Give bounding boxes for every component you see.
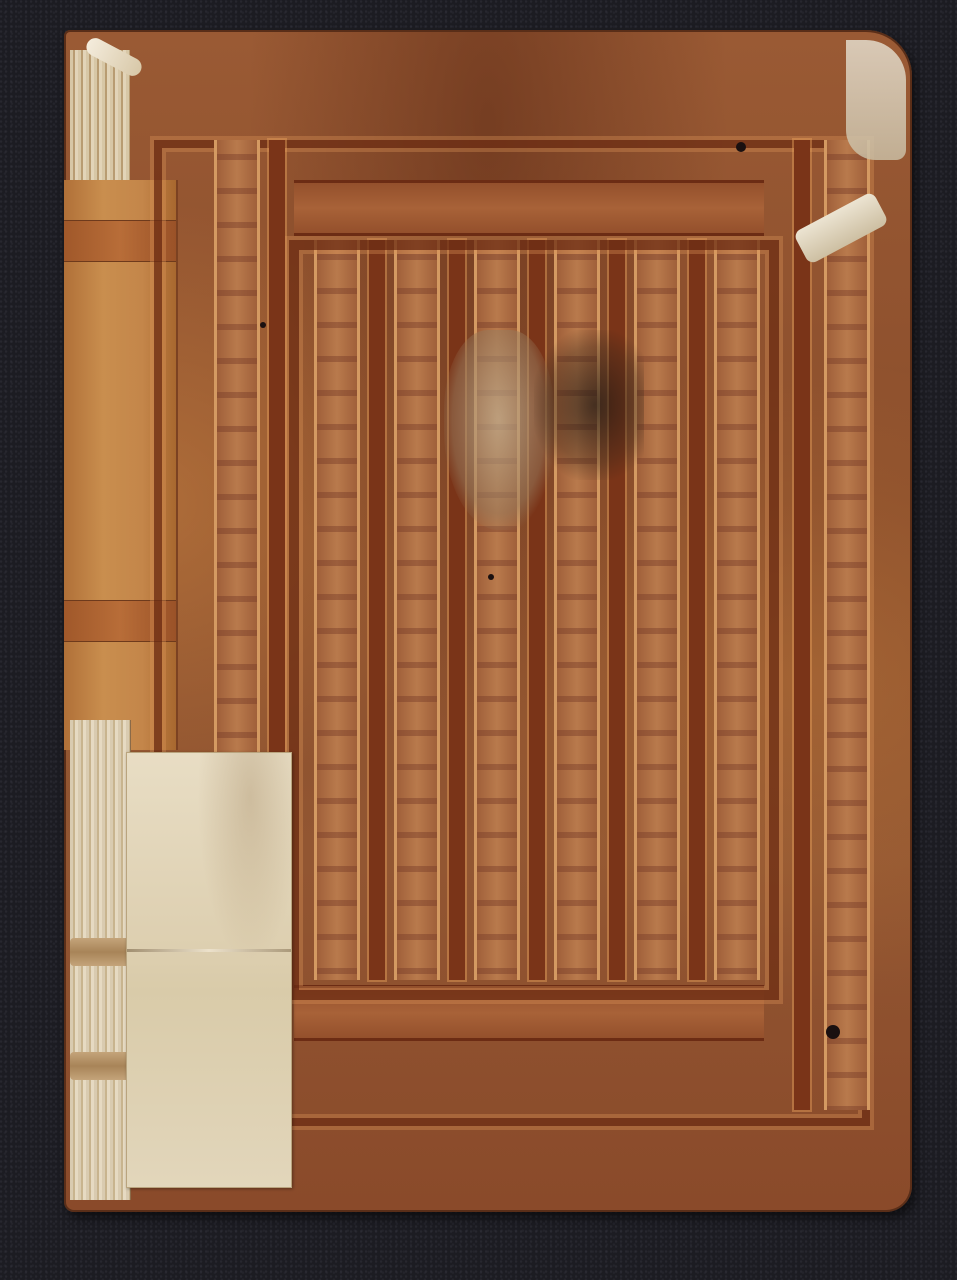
worm-hole xyxy=(826,1025,840,1039)
paper-label xyxy=(126,752,292,1188)
vertical-roll-right xyxy=(824,140,870,1110)
leather-cover xyxy=(64,30,912,1212)
label-crease xyxy=(127,949,291,952)
shelf-mark-stain xyxy=(534,330,644,480)
worm-hole xyxy=(736,142,746,152)
torn-corner xyxy=(846,40,906,160)
worm-hole xyxy=(488,574,494,580)
dark-bar xyxy=(794,140,810,1110)
worm-hole xyxy=(260,322,266,328)
top-roll-band xyxy=(294,180,764,236)
exposed-spine-core xyxy=(70,720,131,1200)
